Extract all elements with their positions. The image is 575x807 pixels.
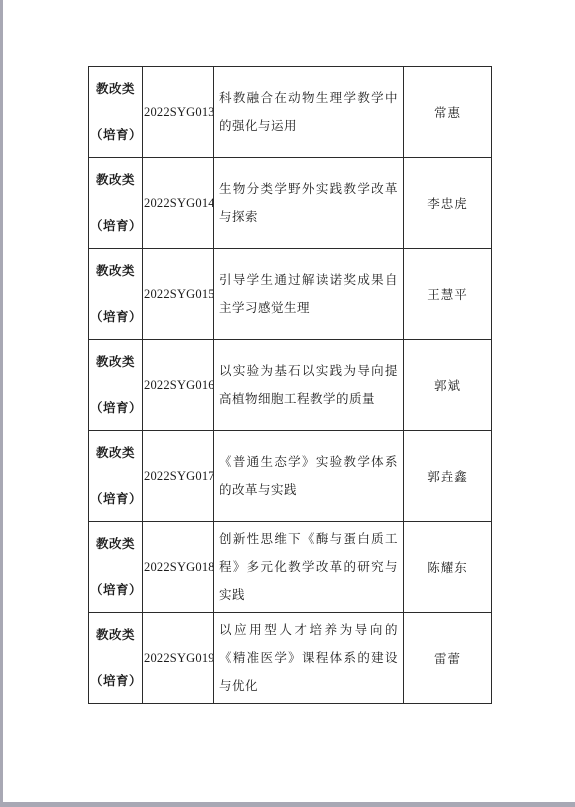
project-title-cell: 以实验为基石以实践为导向提高植物细胞工程教学的质量 <box>214 340 404 431</box>
category-type: 教改类 <box>96 446 135 460</box>
category-subtype: （培育） <box>90 674 141 688</box>
project-leader-cell: 雷蕾 <box>404 613 492 704</box>
project-leader-cell: 郭斌 <box>404 340 492 431</box>
project-code-cell: 2022SYG015 <box>143 249 214 340</box>
table-row: 教改类 （培育） 2022SYG017 《普通生态学》实验教学体系的改革与实践 … <box>89 431 492 522</box>
project-code-cell: 2022SYG016 <box>143 340 214 431</box>
category-cell: 教改类 （培育） <box>89 431 143 522</box>
projects-table: 教改类 （培育） 2022SYG013 科教融合在动物生理学教学中的强化与运用 … <box>88 66 492 704</box>
project-code-cell: 2022SYG018 <box>143 522 214 613</box>
project-code-cell: 2022SYG014 <box>143 158 214 249</box>
category-cell: 教改类 （培育） <box>89 158 143 249</box>
category-cell: 教改类 （培育） <box>89 522 143 613</box>
page-edge-bottom <box>0 802 575 807</box>
category-subtype: （培育） <box>90 492 141 506</box>
category-subtype: （培育） <box>90 128 141 142</box>
category-text: 教改类 （培育） <box>90 628 141 688</box>
category-subtype: （培育） <box>90 219 141 233</box>
project-title-cell: 《普通生态学》实验教学体系的改革与实践 <box>214 431 404 522</box>
page-edge-left <box>0 0 3 807</box>
category-text: 教改类 （培育） <box>90 537 141 597</box>
category-subtype: （培育） <box>90 583 141 597</box>
category-text: 教改类 （培育） <box>90 173 141 233</box>
project-title-cell: 生物分类学野外实践教学改革与探索 <box>214 158 404 249</box>
project-code-cell: 2022SYG019 <box>143 613 214 704</box>
category-type: 教改类 <box>96 355 135 369</box>
project-title-cell: 以应用型人才培养为导向的《精准医学》课程体系的建设与优化 <box>214 613 404 704</box>
category-type: 教改类 <box>96 264 135 278</box>
table-row: 教改类 （培育） 2022SYG013 科教融合在动物生理学教学中的强化与运用 … <box>89 67 492 158</box>
project-title-cell: 创新性思维下《酶与蛋白质工程》多元化教学改革的研究与实践 <box>214 522 404 613</box>
category-subtype: （培育） <box>90 310 141 324</box>
category-type: 教改类 <box>96 628 135 642</box>
category-text: 教改类 （培育） <box>90 355 141 415</box>
project-code-cell: 2022SYG013 <box>143 67 214 158</box>
project-code-cell: 2022SYG017 <box>143 431 214 522</box>
category-type: 教改类 <box>96 82 135 96</box>
project-leader-cell: 李忠虎 <box>404 158 492 249</box>
table-row: 教改类 （培育） 2022SYG019 以应用型人才培养为导向的《精准医学》课程… <box>89 613 492 704</box>
project-leader-cell: 王慧平 <box>404 249 492 340</box>
table-row: 教改类 （培育） 2022SYG015 引导学生通过解读诺奖成果自主学习感觉生理… <box>89 249 492 340</box>
project-leader-cell: 陈耀东 <box>404 522 492 613</box>
category-subtype: （培育） <box>90 401 141 415</box>
category-cell: 教改类 （培育） <box>89 613 143 704</box>
category-cell: 教改类 （培育） <box>89 249 143 340</box>
category-cell: 教改类 （培育） <box>89 340 143 431</box>
table-row: 教改类 （培育） 2022SYG018 创新性思维下《酶与蛋白质工程》多元化教学… <box>89 522 492 613</box>
project-title-cell: 科教融合在动物生理学教学中的强化与运用 <box>214 67 404 158</box>
category-text: 教改类 （培育） <box>90 264 141 324</box>
category-text: 教改类 （培育） <box>90 446 141 506</box>
project-title-cell: 引导学生通过解读诺奖成果自主学习感觉生理 <box>214 249 404 340</box>
category-text: 教改类 （培育） <box>90 82 141 142</box>
table-row: 教改类 （培育） 2022SYG016 以实验为基石以实践为导向提高植物细胞工程… <box>89 340 492 431</box>
project-leader-cell: 郭垚鑫 <box>404 431 492 522</box>
table-row: 教改类 （培育） 2022SYG014 生物分类学野外实践教学改革与探索 李忠虎 <box>89 158 492 249</box>
category-type: 教改类 <box>96 173 135 187</box>
category-type: 教改类 <box>96 537 135 551</box>
category-cell: 教改类 （培育） <box>89 67 143 158</box>
project-leader-cell: 常惠 <box>404 67 492 158</box>
